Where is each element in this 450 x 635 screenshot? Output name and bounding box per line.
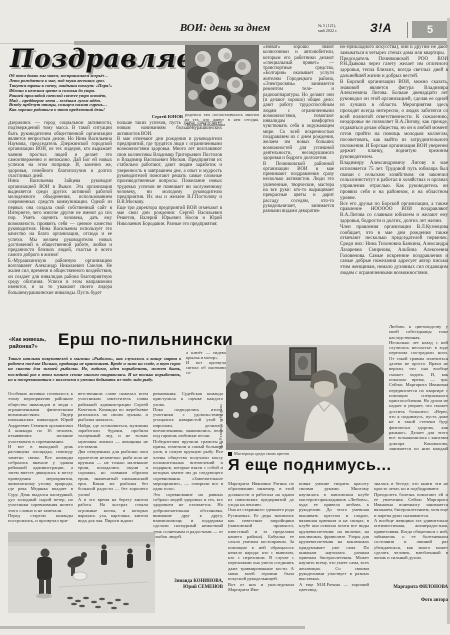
- header-divider: [407, 22, 408, 38]
- podnimus-column-3: зналась в беседе, что книги эти не прост…: [374, 481, 448, 581]
- roses-photo: [185, 45, 259, 111]
- podnimus-column-2: новна умение творить красоту своими рука…: [299, 481, 369, 627]
- ersh-column-1: Особенно активно готовилось к этому меро…: [8, 391, 73, 530]
- newspaper-page: ВОИ: день за днем № 5 (121), май 2022 г.…: [0, 0, 450, 635]
- podnimus-side-column: Любовь к цветоводству у моей собеседницы…: [389, 324, 448, 452]
- congrats-column-4: но-прикладного искусства), они и другим …: [340, 45, 448, 321]
- podnimus-column-1: Маргарита Ивановна Ратина по образованию…: [228, 481, 294, 627]
- ice-fishing-photo: [8, 532, 155, 613]
- podnimus-signature: Маргарита ФИЛОНОВА: [374, 585, 448, 591]
- photo-vertical-caption: М.И.Ратина у себя дома: [219, 346, 226, 449]
- congrats-column-3: «Ниват» хорошо знают колясочники и автол…: [263, 45, 334, 332]
- congrats-column-1: Дзержинск — город социальной активности,…: [8, 121, 112, 332]
- woman-photo-caption-text: Мастерица среди своих цветов: [234, 451, 289, 456]
- congrats-poem: Об этом давно мы знаем, воспринимаем все…: [9, 74, 185, 114]
- congrats-headline: Поздравляем!: [10, 44, 188, 73]
- woman-portrait-photo-image: [226, 345, 384, 450]
- ersh-signatures: Зинаида КОНИНОВА, Юрий СЕМЕНОВ: [153, 579, 223, 590]
- podnimus-headline: Я еще поднимусь...: [228, 457, 428, 475]
- newspaper-logo: З!А: [370, 21, 404, 35]
- poem-author: Сергей ЮНОВ: [9, 114, 183, 119]
- caption-square-marker: [228, 452, 232, 456]
- ersh-column-2: ветственном слове пожелал всем участника…: [78, 391, 148, 530]
- podnimus-photo-credit: Фото автора: [374, 598, 448, 604]
- congrats-column-2: больше таких успехов, пусть удача сопутс…: [117, 121, 222, 332]
- ersh-lede: Такого наплыва покупателей в магазин «Ры…: [8, 356, 181, 389]
- roses-photo-image: [185, 45, 259, 111]
- ersh-headline: Ерш по-пильнински: [58, 330, 243, 350]
- ice-fishing-photo-image: [8, 532, 155, 613]
- ersh-column-3: ревнования. Судейская команда приступила…: [153, 391, 223, 577]
- woman-portrait-photo: [226, 345, 384, 450]
- page-number-badge: 5: [412, 21, 448, 38]
- ersh-kicker: «Как живешь, районка?»: [9, 337, 59, 350]
- issue-date: № 5 (121), май 2022 г.: [318, 23, 360, 33]
- masthead-title: ВОИ: день за днем: [130, 22, 320, 34]
